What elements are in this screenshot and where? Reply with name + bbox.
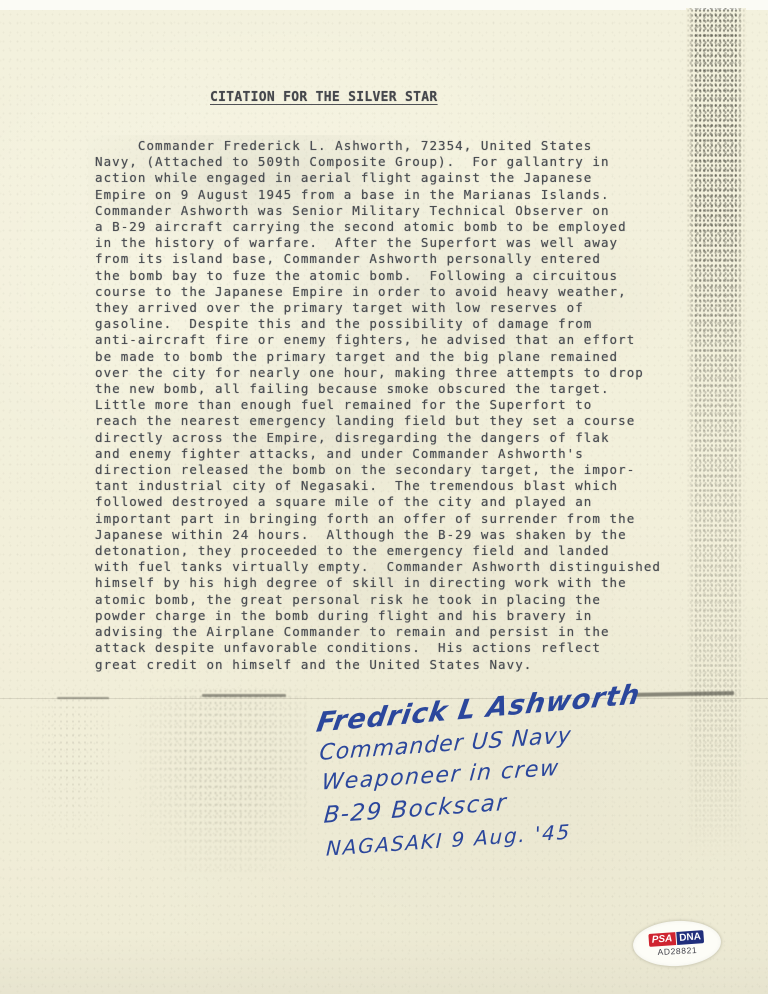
- toner-smudge-patch: [138, 688, 308, 873]
- fold-mark-left: [57, 697, 109, 699]
- scanned-document: { "document": { "title": "CITATION FOR T…: [0, 0, 768, 994]
- fold-mark-middle: [202, 694, 286, 697]
- toner-smudge-patch-small: [28, 690, 118, 840]
- signature-block: Fredrick L Ashworth Commander US Navy We…: [316, 683, 627, 865]
- right-edge-toner-band: [686, 8, 746, 860]
- psa-logo-chip: PSA: [649, 932, 676, 947]
- dna-logo-chip: DNA: [676, 930, 705, 945]
- certification-number: AD28821: [657, 944, 697, 956]
- citation-body-text: Commander Frederick L. Ashworth, 72354, …: [95, 138, 661, 673]
- page-title: CITATION FOR THE SILVER STAR: [210, 90, 438, 105]
